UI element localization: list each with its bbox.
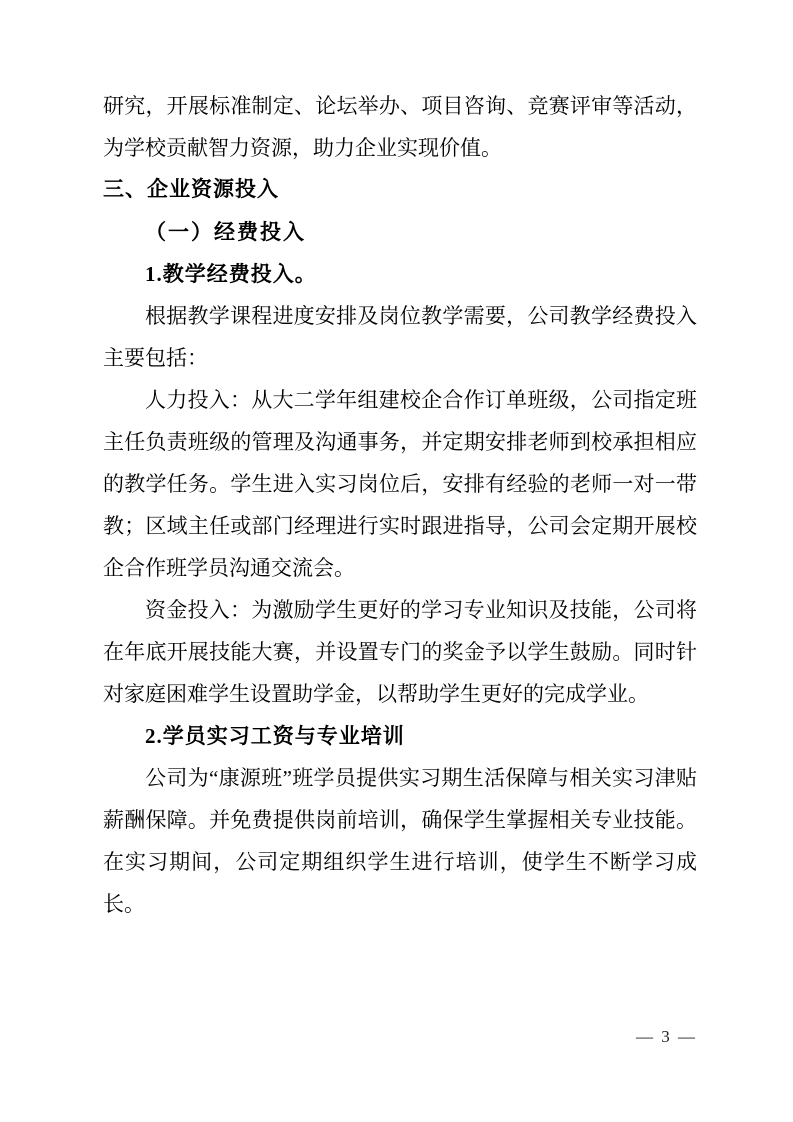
paragraph-internship-welfare: 公司为“康源班”班学员提供实习期生活保障与相关实习津贴薪酬保障。并免费提供岗前培…: [103, 757, 697, 925]
paragraph-continued-from-previous-page: 研究，开展标准制定、论坛举办、项目咨询、竞赛评审等活动，为学校贡献智力资源，助力…: [103, 85, 697, 169]
paragraph-capital-input: 资金投入：为激励学生更好的学习专业知识及技能，公司将在年底开展技能大赛，并设置专…: [103, 589, 697, 715]
subsection-heading-funding-input: （一）经费投入: [103, 211, 697, 253]
paragraph-human-input: 人力投入：从大二学年组建校企合作订单班级，公司指定班主任负责班级的管理及沟通事务…: [103, 379, 697, 589]
section-heading-enterprise-resource-investment: 三、企业资源投入: [103, 169, 697, 211]
page-number: — 3 —: [636, 1027, 697, 1046]
paragraph-funding-intro: 根据教学课程进度安排及岗位教学需要，公司教学经费投入主要包括：: [103, 295, 697, 379]
document-page: 研究，开展标准制定、论坛举办、项目咨询、竞赛评审等活动，为学校贡献智力资源，助力…: [0, 0, 793, 1122]
item-heading-internship-wage-training: 2.学员实习工资与专业培训: [103, 715, 697, 757]
page-footer: — 3 —: [497, 1022, 697, 1052]
item-heading-teaching-funding: 1.教学经费投入。: [103, 253, 697, 295]
document-body: 研究，开展标准制定、论坛举办、项目咨询、竞赛评审等活动，为学校贡献智力资源，助力…: [103, 85, 697, 925]
